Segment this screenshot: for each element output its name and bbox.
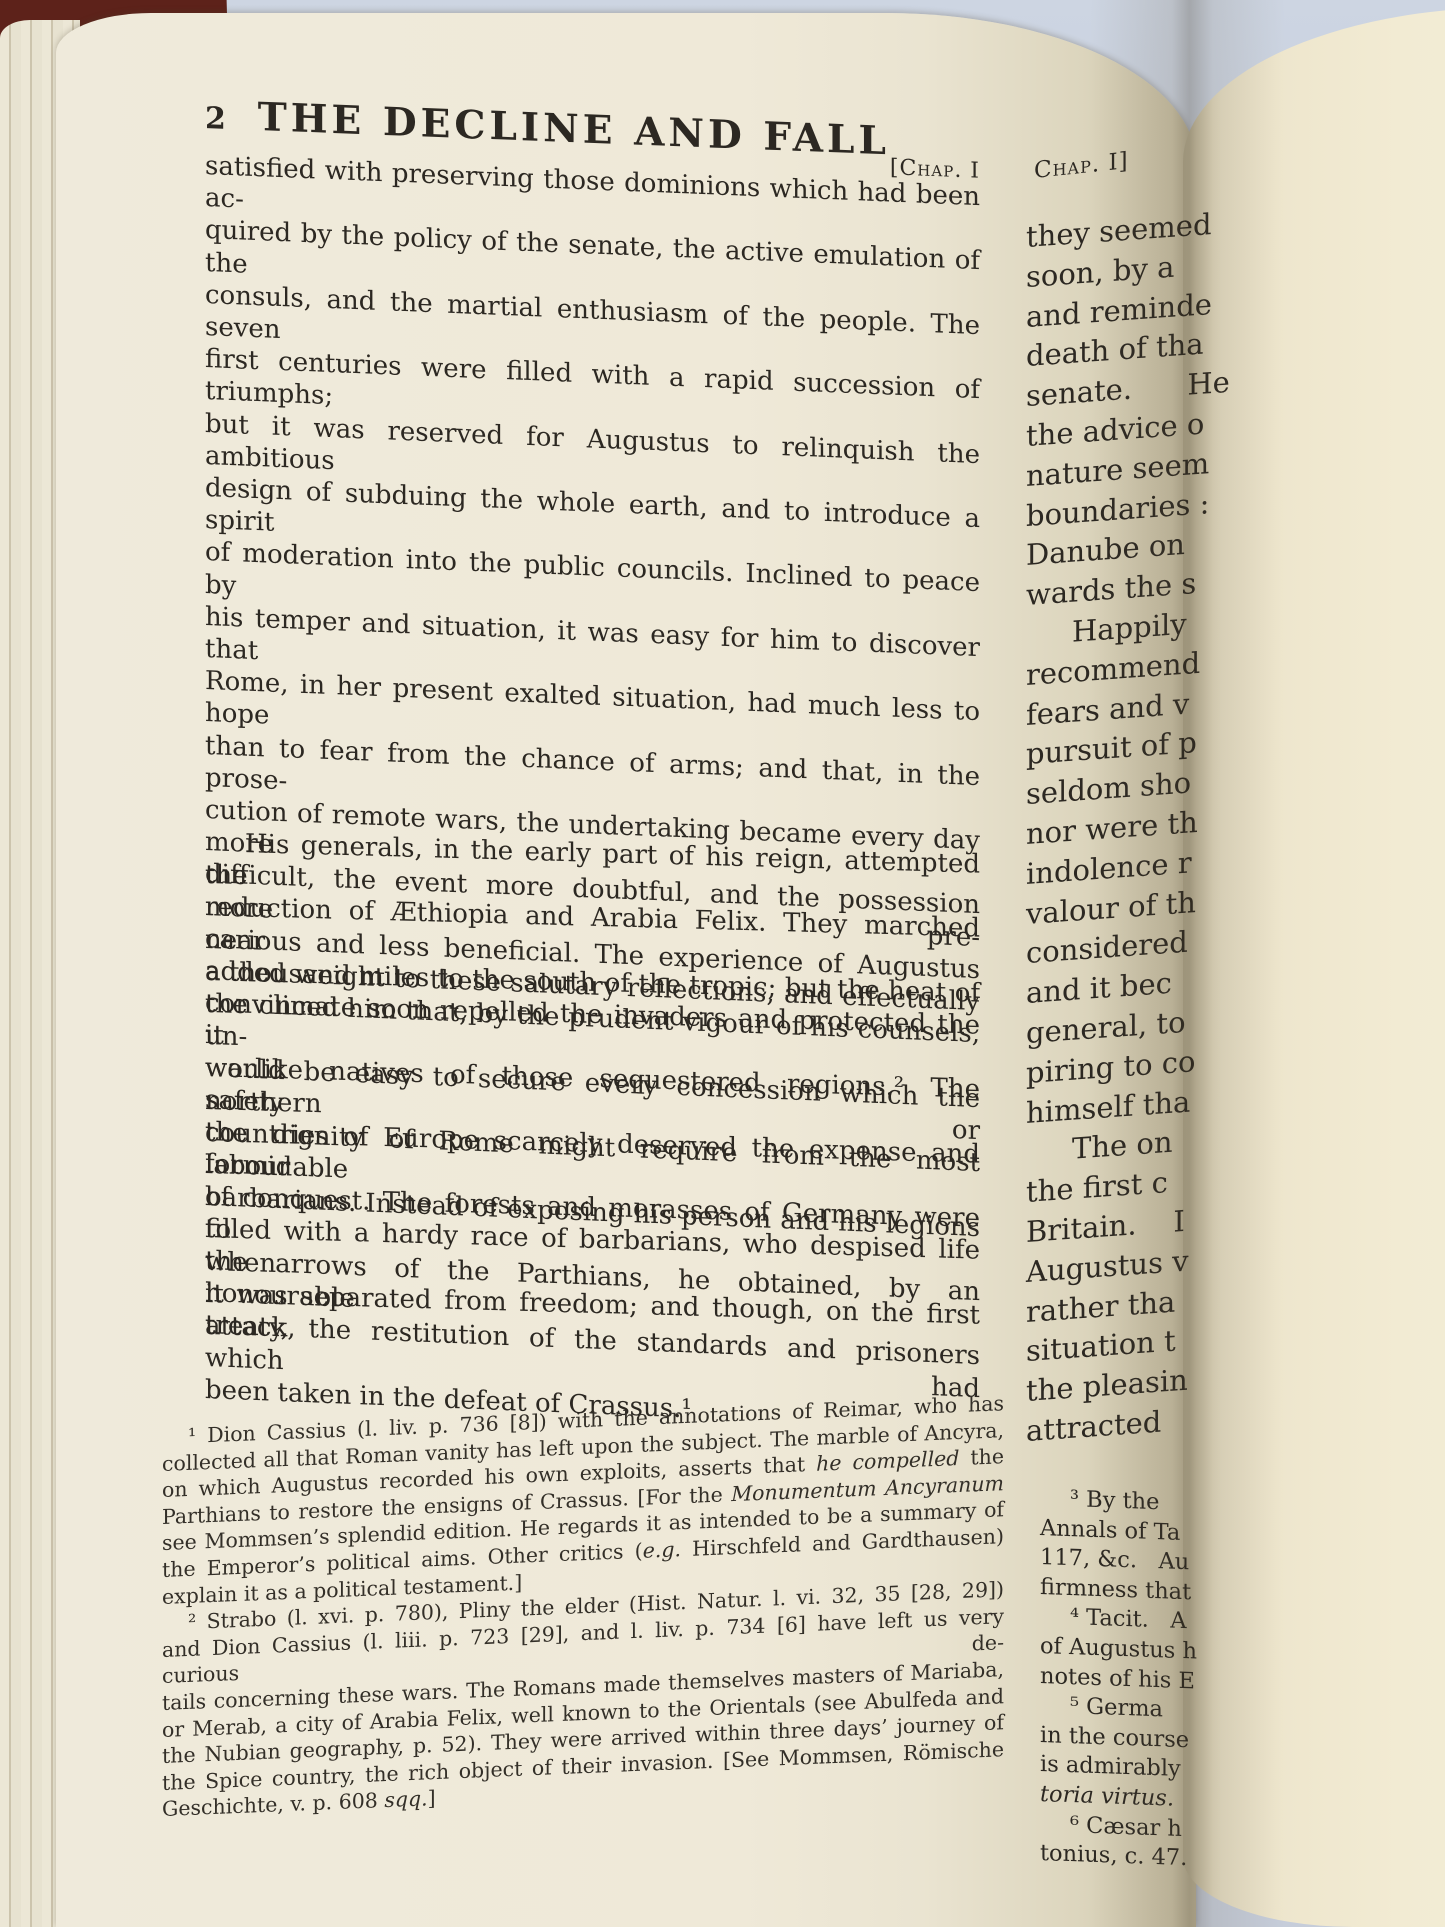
left-page-paragraph-2: His generals, in the early part of his r… <box>205 827 980 1364</box>
open-book-photo: 2 THE DECLINE AND FALL [Chap. I satisfie… <box>0 0 1445 1927</box>
page-number: 2 <box>205 101 258 138</box>
left-page-footnotes: ¹ Dion Cassius (l. liv. p. 736 [8]) with… <box>162 1390 1004 1823</box>
right-page-footnotes: ³ By the Annals of Ta117, &c. Aufirmness… <box>1040 1484 1445 1888</box>
right-page-body: they seemedsoon, by a and remindedeath o… <box>1026 179 1445 1452</box>
